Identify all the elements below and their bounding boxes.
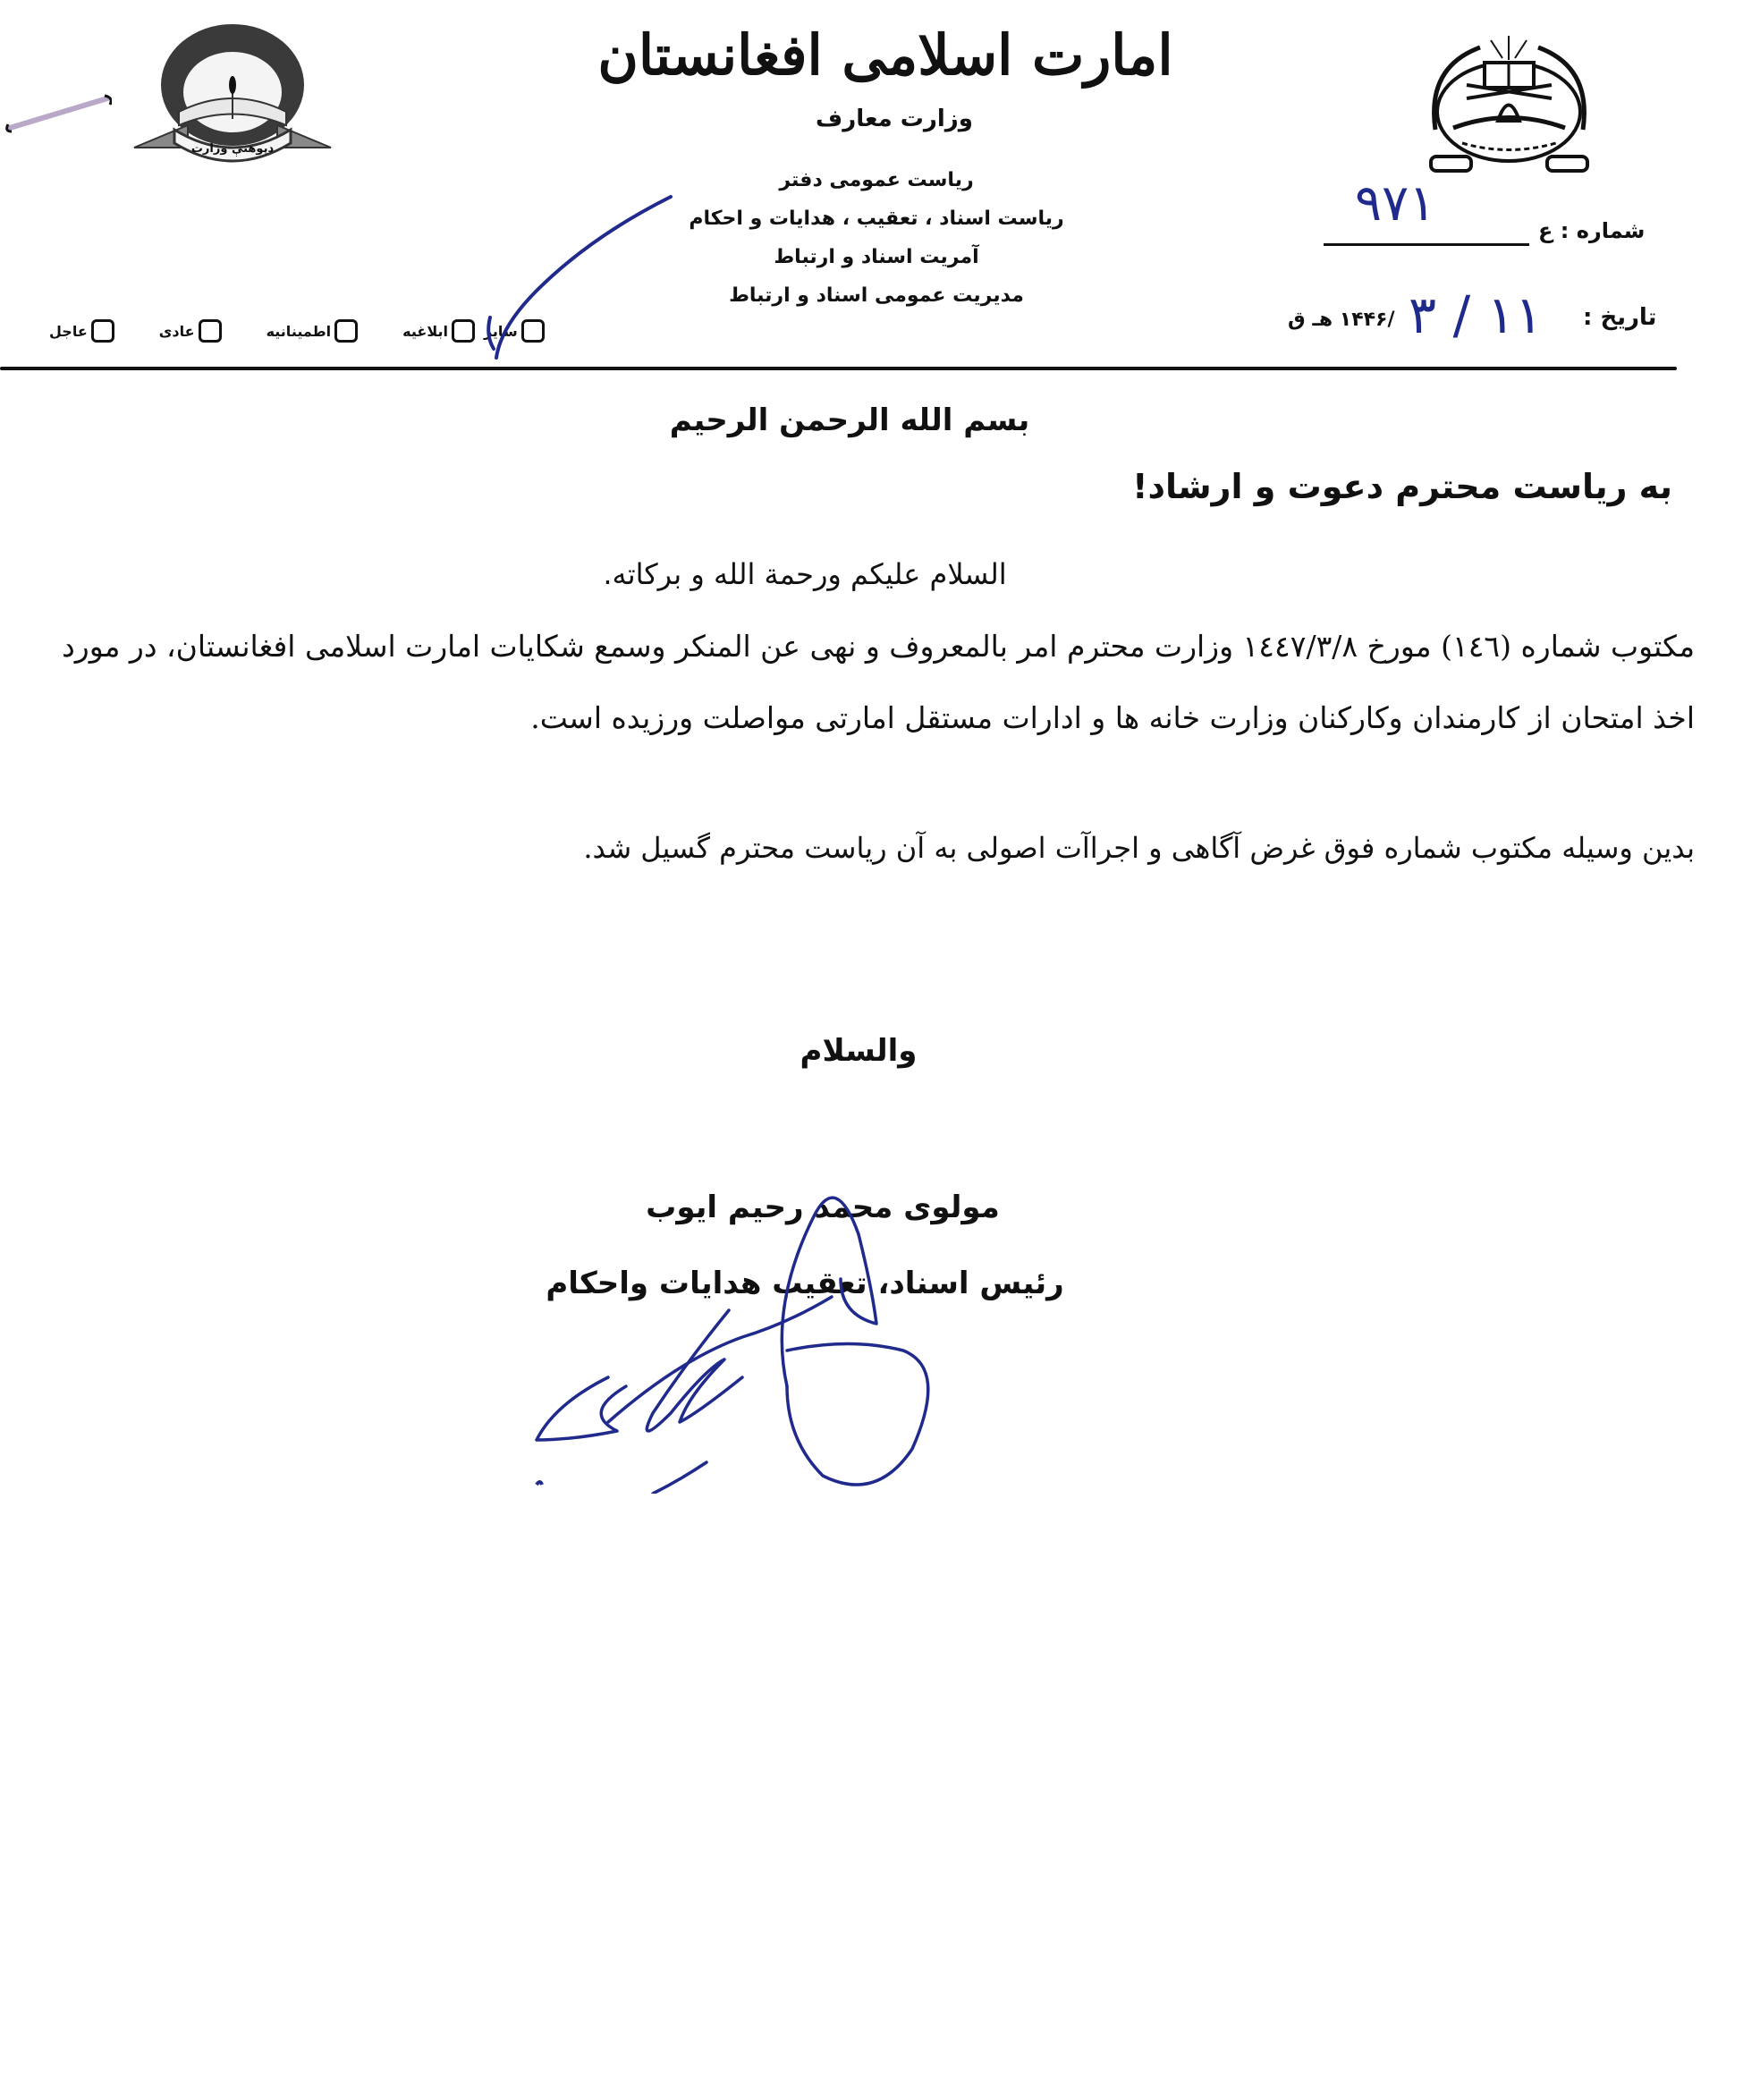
closing: والسلام [680, 1033, 1037, 1069]
body-paragraph-1: مکتوب شماره (١٤٦) مورخ ١٤٤٧/٣/٨ وزارت مح… [22, 611, 1695, 754]
ministry-name: وزارت معارف [715, 106, 1073, 132]
addressee: به ریاست محترم دعوت و ارشاد! [984, 467, 1672, 506]
emirate-emblem-icon [1417, 22, 1601, 174]
handwritten-signature-icon [519, 1145, 984, 1494]
emirate-calligraphy-title: امارت اسلامی افغانستان [447, 20, 1324, 91]
handwritten-checkmark-icon [483, 192, 680, 362]
letter-number-label: شماره : ع [1538, 218, 1645, 243]
ministry-education-emblem-icon: دپوهنې وزارت [125, 13, 340, 165]
checkbox-icon[interactable] [199, 319, 222, 343]
department-hierarchy: ریاست عمومی دفتر ریاست اسناد ، تعقیب ، ه… [626, 161, 1127, 315]
pen-mark-icon [4, 85, 112, 139]
svg-text:دپوهنې وزارت: دپوهنې وزارت [191, 142, 275, 157]
department-line: آمریت اسناد و ارتباط [626, 238, 1127, 276]
checkbox-checked-icon[interactable] [91, 319, 114, 343]
priority-normal[interactable]: عادی [159, 319, 222, 343]
basmala: بسم الله الرحمن الرحیم [626, 402, 1073, 438]
letter-number-value: ٩٧١ [1355, 174, 1435, 233]
priority-label: ابلاغیه [402, 323, 448, 340]
priority-notification[interactable]: ابلاغیه [402, 319, 475, 343]
greeting: السلام علیکم ورحمة الله و برکاته. [537, 557, 1073, 591]
header-divider [0, 367, 1677, 370]
date-handwritten: ۱۱ / ۳ [1409, 284, 1543, 345]
date-printed-year: /۱۴۴۶ هـ ق [1288, 309, 1395, 331]
priority-label: عادی [159, 323, 195, 340]
date-label: تاریخ : [1583, 304, 1656, 331]
priority-label: اطمینانیه [267, 323, 332, 340]
checkbox-icon[interactable] [452, 319, 475, 343]
department-line: مدیریت عمومی اسناد و ارتباط [626, 276, 1127, 315]
body-paragraph-2: بدین وسیله مکتوب شماره فوق غرض آگاهی و ا… [22, 812, 1695, 884]
priority-confirmation[interactable]: اطمینانیه [267, 319, 359, 343]
department-line: ریاست اسناد ، تعقیب ، هدایات و احکام [626, 199, 1127, 238]
number-underline [1324, 243, 1529, 246]
department-line: ریاست عمومی دفتر [626, 161, 1127, 199]
checkbox-icon[interactable] [334, 319, 358, 343]
priority-urgent[interactable]: عاجل [49, 319, 114, 343]
priority-label: عاجل [49, 323, 88, 340]
